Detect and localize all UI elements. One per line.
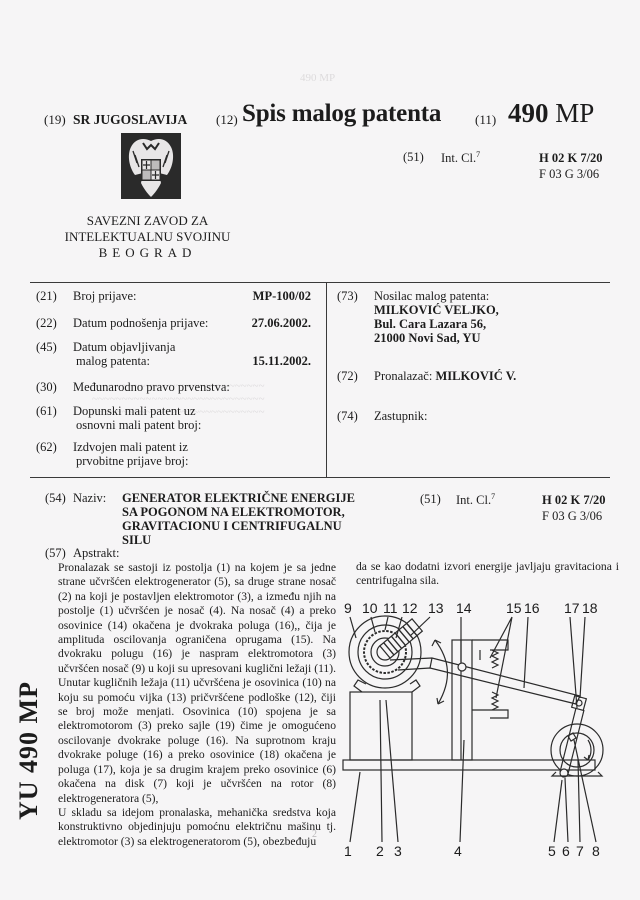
abstract-label: Apstrakt:: [73, 546, 120, 560]
side-publication-label: YU 490 MP: [14, 681, 44, 820]
holder-name: MILKOVIĆ VELJKO,: [374, 303, 607, 317]
bib-code: (30): [36, 380, 57, 395]
bib-code: (22): [36, 316, 57, 331]
page-number: 2: [312, 829, 317, 840]
invention-title: GENERATOR ELEKTRIČNE ENERGIJE SA POGONOM…: [122, 491, 362, 547]
bib-code: (62): [36, 440, 57, 455]
bib-value: 15.11.2002.: [252, 354, 311, 369]
office-name-line2: INTELEKTUALNU SVOJINU: [60, 229, 235, 245]
bib-label: Nosilac malog patenta:: [374, 289, 607, 303]
figure-reference-numeral: 2: [376, 843, 384, 859]
figure-reference-numeral: 9: [344, 600, 352, 616]
int-cl-class: H 02 K 7/20: [539, 150, 603, 166]
bib-label: Zastupnik:: [374, 409, 607, 423]
figure-reference-numeral: 4: [454, 843, 462, 859]
figure-reference-numeral: 12: [402, 600, 418, 616]
figure-reference-numeral: 16: [524, 600, 540, 616]
bib-row-supplementary: (61) Dopunski mali patent uz osnovni mal…: [36, 404, 326, 440]
inventor-name: MILKOVIĆ V.: [435, 369, 516, 383]
country-name: SR JUGOSLAVIJA: [73, 112, 187, 127]
divider: [326, 282, 327, 477]
bleed-through-text: 490 MP: [300, 72, 335, 85]
publication-number: 490 MP: [508, 98, 594, 129]
bib-row-priority: (30) Međunarodno pravo prvenstva:: [36, 380, 326, 404]
bibliographic-left: (21) Broj prijave: MP-100/02 (22) Datum …: [36, 289, 326, 470]
int-cl-label: Int. Cl.7: [456, 492, 542, 524]
title-code: (54): [45, 491, 66, 505]
patent-holder: (73) Nosilac malog patenta: MILKOVIĆ VEL…: [337, 289, 607, 369]
technical-drawing: 9101112131415161718 12345678: [340, 600, 610, 875]
coat-of-arms-icon: [121, 133, 181, 199]
bib-row-divisional: (62) Izdvojen mali patent iz prvobitne p…: [36, 440, 326, 470]
bibliographic-right: (73) Nosilac malog patenta: MILKOVIĆ VEL…: [337, 289, 607, 429]
abstract-text: Pronalazak se sastoji iz postolja (1) na…: [58, 561, 336, 849]
bib-value: 27.06.2002.: [252, 316, 311, 331]
title-line: SA POGONOM NA ELEKTROMOTOR,: [122, 505, 362, 519]
title-label: Naziv:: [73, 491, 106, 505]
holder-address: Bul. Cara Lazara 56,: [374, 317, 607, 331]
title-line: SILU: [122, 533, 362, 547]
bib-code: (45): [36, 340, 57, 355]
figure-reference-numeral: 1: [344, 843, 352, 859]
international-classification: (51) Int. Cl.7 H 02 K 7/20 F 03 G 3/06: [403, 150, 603, 182]
publication-code: (11): [475, 112, 496, 128]
figure-reference-numeral: 11: [383, 600, 398, 616]
figure-reference-numeral: 5: [548, 843, 556, 859]
bib-label: Datum objavljivanja: [73, 340, 326, 354]
figure-reference-numeral: 6: [562, 843, 570, 859]
bib-label: Pronalazač:: [374, 369, 432, 383]
bib-row-filing-date: (22) Datum podnošenja prijave: 27.06.200…: [36, 316, 326, 340]
document-header: (19) SR JUGOSLAVIJA (12) Spis malog pate…: [44, 98, 624, 138]
int-cl-code: (51): [403, 150, 441, 182]
agent: (74) Zastupnik:: [337, 409, 607, 429]
international-classification-repeat: (51) Int. Cl.7 H 02 K 7/20 F 03 G 3/06: [420, 492, 606, 524]
divider: [30, 477, 610, 478]
abstract-paragraph: Pronalazak se sastoji iz postolja (1) na…: [58, 561, 336, 806]
title-line: GENERATOR ELEKTRIČNE ENERGIJE: [122, 491, 362, 505]
int-cl-class: H 02 K 7/20: [542, 492, 606, 508]
bib-label: Međunarodno pravo prvenstva:: [73, 380, 326, 394]
patent-page: 490 MP ~~~~~~~~~~~~~~~~~~~~~~~~~~~~~~~~~…: [0, 0, 640, 900]
kind-code: (12): [216, 112, 238, 128]
divider: [30, 282, 610, 283]
bib-code: (73): [337, 289, 358, 304]
figure-reference-numeral: 7: [576, 843, 584, 859]
figure-reference-numeral: 17: [564, 600, 580, 616]
bib-label: prvobitne prijave broj:: [76, 454, 326, 468]
abstract-continuation: da se kao dodatni izvori energije javlja…: [356, 560, 619, 589]
bib-code: (21): [36, 289, 57, 304]
inventor: (72) Pronalazač: MILKOVIĆ V.: [337, 369, 607, 409]
abstract-code: (57): [45, 546, 66, 560]
bib-code: (61): [36, 404, 57, 419]
bib-value: MP-100/02: [253, 289, 311, 304]
bib-code: (72): [337, 369, 358, 384]
figure-reference-numeral: 15: [506, 600, 522, 616]
figure-reference-numeral: 13: [428, 600, 444, 616]
abstract-paragraph: U skladu sa idejom pronalaska, mehanička…: [58, 806, 336, 849]
publication-number-digits: 490: [508, 98, 549, 128]
bib-label: Dopunski mali patent uz: [73, 404, 326, 418]
int-cl-class: F 03 G 3/06: [539, 166, 603, 182]
figure-reference-numeral: 8: [592, 843, 600, 859]
bib-row-publication-date: (45) Datum objavljivanja malog patenta: …: [36, 340, 326, 380]
bib-row-application-number: (21) Broj prijave: MP-100/02: [36, 289, 326, 316]
bib-label: osnovni mali patent broj:: [76, 418, 326, 432]
bib-label: Izdvojen mali patent iz: [73, 440, 326, 454]
int-cl-code: (51): [420, 492, 456, 524]
office-city: BEOGRAD: [60, 245, 235, 261]
figure-reference-numeral: 14: [456, 600, 472, 616]
figure-reference-numeral: 3: [394, 843, 402, 859]
country-code: (19): [44, 112, 66, 127]
office-name-line1: SAVEZNI ZAVOD ZA: [60, 213, 235, 229]
invention-title-section: (54) Naziv: GENERATOR ELEKTRIČNE ENERGIJ…: [45, 491, 345, 506]
publication-suffix: MP: [555, 98, 594, 128]
int-cl-label: Int. Cl.7: [441, 150, 539, 182]
issuing-country: (19) SR JUGOSLAVIJA: [44, 112, 187, 128]
figure-reference-numeral: 18: [582, 600, 598, 616]
int-cl-class: F 03 G 3/06: [542, 508, 606, 524]
document-title: Spis malog patenta: [242, 100, 441, 128]
abstract-heading: (57) Apstrakt:: [45, 546, 119, 561]
generator-mechanism-drawing: [340, 600, 610, 875]
holder-address: 21000 Novi Sad, YU: [374, 331, 607, 345]
figure-reference-numeral: 10: [362, 600, 378, 616]
patent-office: SAVEZNI ZAVOD ZA INTELEKTUALNU SVOJINU B…: [60, 213, 235, 261]
title-line: GRAVITACIONU I CENTRIFUGALNU: [122, 519, 362, 533]
bib-code: (74): [337, 409, 358, 424]
